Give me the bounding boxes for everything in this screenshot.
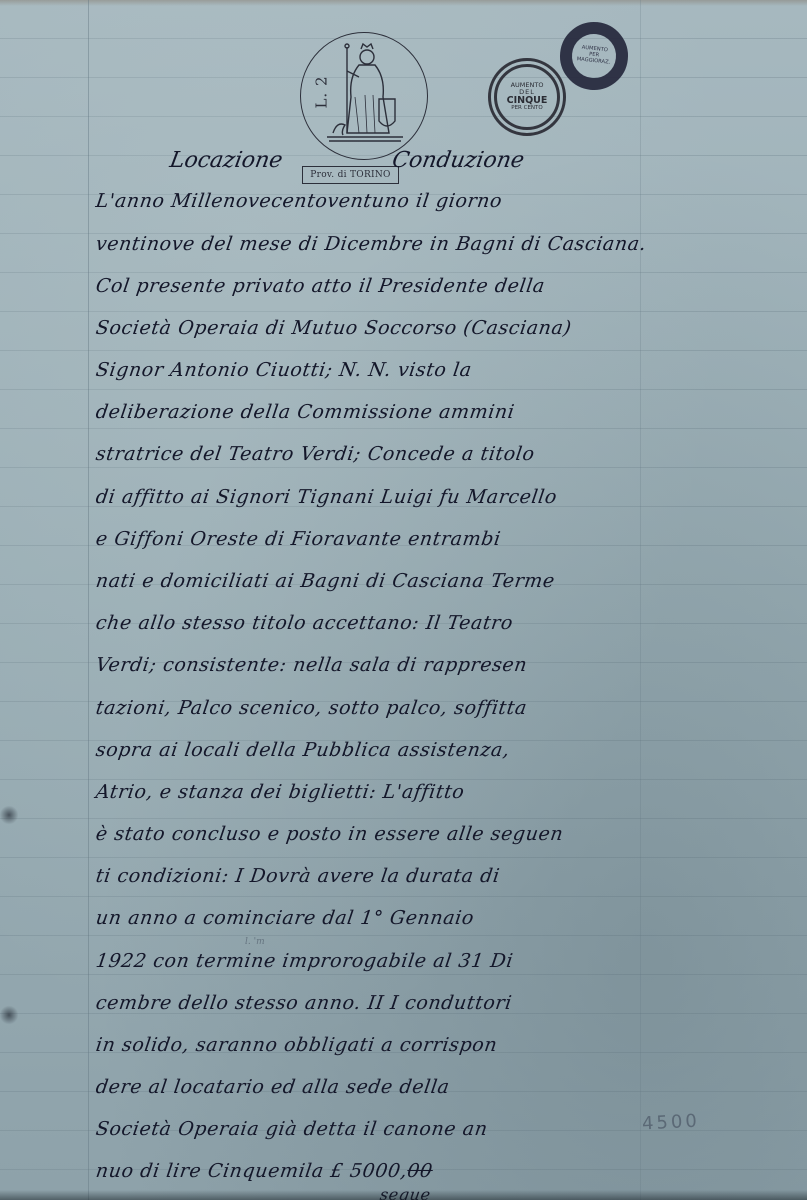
text-line: ti condizioni: I Dovrà avere la durata d…	[94, 865, 657, 887]
text-line: L'anno Millenovecentoventuno il giorno	[94, 190, 657, 212]
text-line: nati e domiciliati ai Bagni di Casciana …	[94, 570, 657, 592]
text-line: stratrice del Teatro Verdi; Concede a ti…	[94, 443, 657, 465]
text-line: 1922 con termine improrogabile al 31 Di	[94, 950, 657, 972]
interlinear-pencil-note: l. 'm	[245, 937, 265, 947]
paper-top-edge	[0, 0, 807, 6]
text-line: nuo di lire Cinquemila £ 5000,00	[94, 1160, 657, 1182]
text-line: in solido, saranno obbligati a corrispon	[94, 1034, 657, 1056]
title-right: Conduzione	[390, 148, 526, 173]
text-line: Atrio, e stanza dei biglietti: L'affitto	[94, 781, 657, 803]
left-margin-rule	[88, 0, 89, 1200]
text-line: dere al locatario ed alla sede della	[94, 1076, 657, 1098]
amount-line: nuo di lire Cinquemila £ 5000,	[94, 1160, 408, 1182]
text-line: sopra ai locali della Pubblica assistenz…	[94, 739, 657, 761]
pencil-margin-note: 4500	[641, 1111, 700, 1135]
struck-amount-cents: 00	[406, 1160, 434, 1182]
ink-blot	[0, 1005, 18, 1025]
revenue-stamp: L. 2	[300, 32, 428, 160]
text-line: deliberazione della Commissione ammini	[94, 401, 657, 423]
title-left: Locazione	[168, 148, 285, 173]
aumento-maggiorati-stamp: AUMENTO PER MAGGIORAZ.	[557, 19, 632, 94]
text-line: un anno a cominciare dal 1° Gennaio	[94, 907, 657, 929]
text-line: Società Operaia di Mutuo Soccorso (Casci…	[94, 317, 657, 339]
aumento-cinque-stamp: AUMENTO DEL CINQUE PER CENTO	[488, 58, 566, 136]
ink-blot	[0, 805, 18, 825]
text-line: Società Operaia già detta il canone an	[94, 1118, 657, 1140]
text-line: e Giffoni Oreste di Fioravante entrambi	[94, 528, 657, 550]
italia-turrita-icon	[319, 37, 411, 153]
text-line: tazioni, Palco scenico, sotto palco, sof…	[94, 697, 657, 719]
text-line: di affitto ai Signori Tignani Luigi fu M…	[94, 486, 657, 508]
text-line: Signor Antonio Ciuotti; N. N. visto la	[94, 359, 657, 381]
text-line: Verdi; consistente: nella sala di rappre…	[94, 654, 657, 676]
text-line: cembre dello stesso anno. II I conduttor…	[94, 992, 657, 1014]
paper-bottom-edge	[0, 1190, 807, 1200]
text-line: è stato concluso e posto in essere alle …	[94, 823, 657, 845]
text-line: Col presente privato atto il Presidente …	[94, 275, 657, 297]
document-title: LocazioneConduzione	[168, 148, 526, 173]
right-margin-rule	[640, 0, 641, 1200]
stamp-text: PER CENTO	[511, 106, 542, 112]
stamp-text: MAGGIORAZ.	[576, 57, 610, 66]
text-line: ventinove del mese di Dicembre in Bagni …	[94, 233, 657, 255]
document-page: L. 2 Prov. di TORINO AUMENTO DEL CINQUE …	[0, 0, 807, 1200]
text-line: che allo stesso titolo accettano: Il Tea…	[94, 612, 657, 634]
